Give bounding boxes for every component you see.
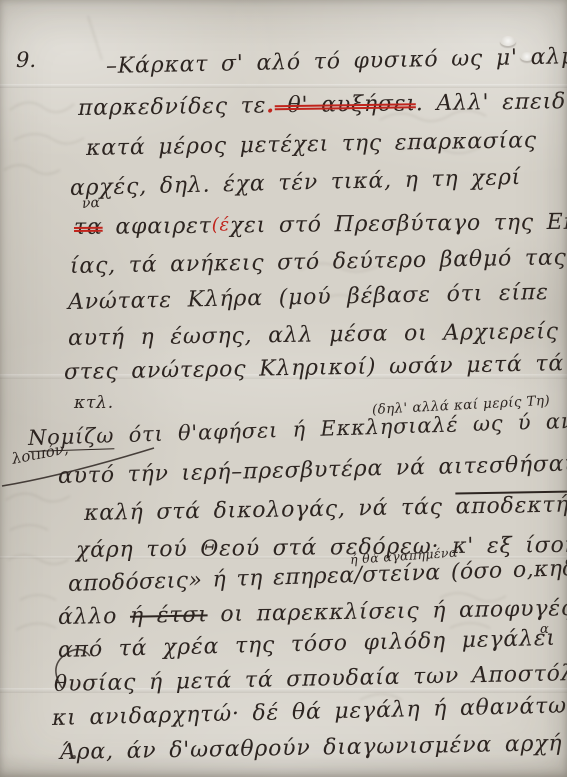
red-inline-correction: (έ — [212, 214, 231, 235]
manuscript-line: τα αφαιρετ(έχει στό Πρεσβύταγο της Εκκλη… — [74, 209, 567, 240]
handwritten-text: Άρα, άν δ'ωσαθρούν διαγωνισμένα αρχή — [60, 731, 563, 765]
red-insertion-na: να — [81, 195, 100, 212]
handwritten-text: θυσίας ή μετά τά σπουδαία των Αποστόλων — [54, 660, 567, 697]
red-period-correction: . — [266, 92, 275, 118]
handwritten-text: κι ανιδαρχητώ· δέ θά μεγάλη ή αθανάτως — [52, 693, 567, 731]
manuscript-line: ίας, τά ανήκεις στό δεύτερο βαθμό τας — [70, 245, 567, 279]
handwritten-text: αυτό τήν ιερή–πρεσβυτέρα νά αιτεσθήσαι — [58, 451, 567, 489]
handwritten-text: στες ανώτερος Κληρικοί) ωσάν μετά τά — [64, 351, 564, 385]
handwritten-text: αυτή η έωσης, αλλ μέσα οι Αρχιερείς — [68, 319, 559, 351]
manuscript-line: καλή στά δικολογάς, νά τάς αποδεκτή — [84, 493, 567, 526]
handwritten-text: . Αλλ' επειδή — [416, 89, 567, 116]
manuscript-line: αρχές, δηλ. έχα τέν τικά, η τη χερί — [70, 165, 522, 201]
manuscript-line: Ανώτατε Κλήρα (μού βέβασε ότι είπε — [68, 280, 549, 315]
manuscript-line: Νομίζω ότι θ'αφήσει ή Εκκλησιαλέ ως ύ αν… — [28, 407, 567, 450]
handwritten-text: ίας, τά ανήκεις στό δεύτερο βαθμό τας — [70, 245, 567, 279]
handwritten-text: καλή στά δικολογάς, νά τάς — [84, 495, 456, 526]
manuscript-line: θυσίας ή μετά τά σπουδαία των Αποστόλων — [54, 660, 567, 697]
handwritten-text: από τά χρέα της τόσο φιλόδη μεγάλει — [58, 626, 556, 663]
handwritten-text: χει — [230, 213, 266, 238]
handwritten-text: παρκεδνίδες τε — [78, 93, 267, 121]
handwritten-text: στό Πρεσβύταγο της Εκκλησ- — [266, 209, 567, 238]
manuscript-line: αυτή η έωσης, αλλ μέσα οι Αρχιερείς — [68, 319, 559, 351]
handwritten-text: –Κάρκατ σ' αλό τό φυσικό ως μ' αλμάτων — [106, 43, 567, 79]
manuscript-line: παρκεδνίδες τε. θ' αυξήσει. Αλλ' επειδή — [78, 88, 567, 121]
handwritten-text: Ανώτατε Κλήρα (μού βέβασε ότι είπε — [68, 280, 549, 315]
manuscript-line: κτλ. — [74, 393, 114, 413]
paper-crease — [0, 84, 567, 88]
handwritten-text: κατά μέρος μετέχει της επαρκασίας — [86, 128, 537, 161]
manuscript-page: 9. –Κάρκατ σ' αλό τό φυσικό ως μ' αλμάτω… — [0, 0, 567, 777]
handwritten-text: αφαιρετ — [103, 214, 212, 240]
handwritten-text: κτλ. — [74, 393, 114, 413]
page-number: 9. — [16, 48, 36, 72]
manuscript-line: Άρα, άν δ'ωσαθρούν διαγωνισμένα αρχή — [60, 731, 563, 765]
manuscript-line: κατά μέρος μετέχει της επαρκασίας — [86, 128, 537, 161]
manuscript-line: αυτό τήν ιερή–πρεσβυτέρα νά αιτεσθήσαι — [58, 451, 567, 489]
word-struck-in-red: τα — [74, 215, 103, 240]
manuscript-line: άλλο ή έτσι οι παρεκκλίσεις ή αποφυγές· — [58, 595, 567, 630]
manuscript-line: από τά χρέα της τόσο φιλόδη μεγάλει — [58, 626, 556, 663]
handwritten-text: ότι θ'αφήσει ή Εκκλησιαλέ ως ύ αναστή — [114, 407, 567, 447]
overlined-word: αποδεκτή — [455, 493, 567, 520]
word-struck-in-black: ή έτσι — [130, 602, 208, 628]
word-struck-in-red: θ' αυξήσει — [275, 91, 416, 118]
manuscript-line: στες ανώτερος Κληρικοί) ωσάν μετά τά — [64, 351, 564, 385]
handwritten-text: άλλο — [58, 604, 130, 630]
handwritten-text: αρχές, δηλ. έχα τέν τικά, η τη χερί — [70, 165, 522, 201]
manuscript-line: κι ανιδαρχητώ· δέ θά μεγάλη ή αθανάτως — [52, 693, 567, 731]
manuscript-line: –Κάρκατ σ' αλό τό φυσικό ως μ' αλμάτων — [106, 43, 567, 79]
handwritten-text: οι παρεκκλίσεις ή αποφυγές — [207, 596, 567, 627]
